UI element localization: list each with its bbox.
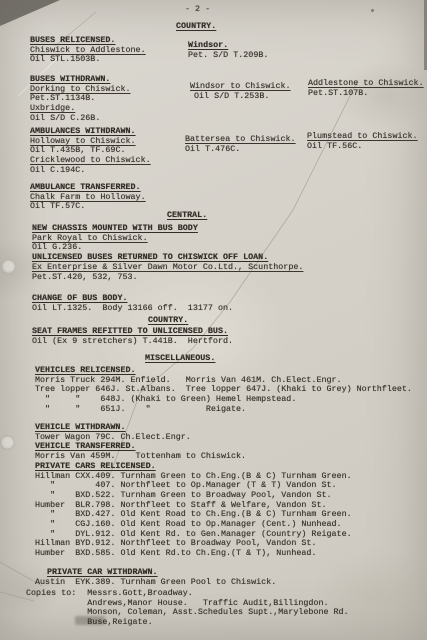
central-block: NEW CHASSIS MOUNTED WITH BUS BODY Park R… [32,224,303,282]
seat-frames-detail: Oil (Ex 9 stretchers) T.441B. Hertford. [32,337,233,347]
ambulances-withdrawn-block: AMBULANCES WITHDRAWN. Holloway to Chiswi… [30,127,151,176]
battersea-stock: Oil T.476C. [185,145,296,155]
stray-mark [371,9,374,12]
page-number: - 2 - [185,5,210,15]
buses-withdrawn-block: BUSES WITHDRAWN. Dorking to Chiswick. Pe… [30,75,131,124]
private-car-withdrawn-detail: Austin EYK.389. Turnham Green Pool to Ch… [35,578,276,588]
change-of-body-detail: Oil LT.1325. Body 13166 off. 13177 on. [32,304,233,314]
photo-corner-shadow [0,0,60,26]
car-row: Humber BXD.585. Old Kent Rd.to Ch.Eng.(T… [35,549,352,559]
vehicles-and-cars-block: VEHICLE WITHDRAWN. Tower Wagon 79C. Ch.E… [35,423,352,559]
copies-recipients: Messrs.Gott,Broadway. Andrews,Manor Hous… [87,589,348,628]
vehicles-relicensed-block: VEHICLES RELICENSED. Morris Truck 294M. … [35,366,412,415]
heading-country-2: COUNTRY. [148,316,188,326]
plumstead-block: Plumstead to Chiswick. Oil TF.56C. [307,132,418,151]
heading-country-top: COUNTRY. [176,22,216,32]
vehicle-row: " " 651J. " Reigate. [35,405,412,415]
buses-relicensed-stock: Oil STL.1503B. [30,55,146,65]
ambulance-transferred-block: AMBULANCE TRANSFERRED. Chalk Farm to Hol… [30,183,146,212]
ink-smudge [75,616,105,625]
buses-withdrawn-stock2: Oil S/D C.26B. [30,114,131,124]
buses-relicensed-block: BUSES RELICENSED. Chiswick to Addlestone… [30,36,146,65]
private-car-withdrawn-block: PRIVATE CAR WITHDRAWN. Austin EYK.389. T… [35,568,276,587]
unlicensed-returned-stock: Pet.ST.420, 532, 753. [32,273,303,283]
heading-miscellaneous: MISCELLANEOUS. [145,354,215,364]
recipient-line: Buse,Reigate. [87,618,348,628]
punch-hole [0,435,15,450]
heading-central: CENTRAL. [167,211,207,221]
copies-label: Copies to: [26,589,76,628]
punch-hole [1,259,16,274]
addlestone-to-chiswick-stock: Pet.ST.107B. [308,89,424,99]
battersea-block: Battersea to Chiswick. Oil T.476C. [185,135,296,154]
windsor-stock: Pet. S/D T.209B. [188,51,268,61]
plumstead-stock: Oil TF.56C. [307,142,418,152]
ambulance-transferred-stock: Oil TF.57C. [30,202,146,212]
scanned-document-page: - 2 - COUNTRY. BUSES RELICENSED. Chiswic… [0,0,427,640]
windsor-to-chiswick-stock: Oil S/D T.253B. [194,92,291,102]
change-of-body-block: CHANGE OF BUS BODY. Oil LT.1325. Body 13… [32,294,233,313]
seat-frames-block: SEAT FRAMES REFITTED TO UNLICENSED BUS. … [32,327,233,346]
windsor-to-chiswick-block: Windsor to Chiswick. Oil S/D T.253B. [190,82,291,101]
windsor-block: Windsor. Pet. S/D T.209B. [188,41,268,60]
ambulances-withdrawn-stock2: Oil C.194C. [30,166,151,176]
addlestone-to-chiswick-block: Addlestone to Chiswick. Pet.ST.107B. [308,79,424,98]
